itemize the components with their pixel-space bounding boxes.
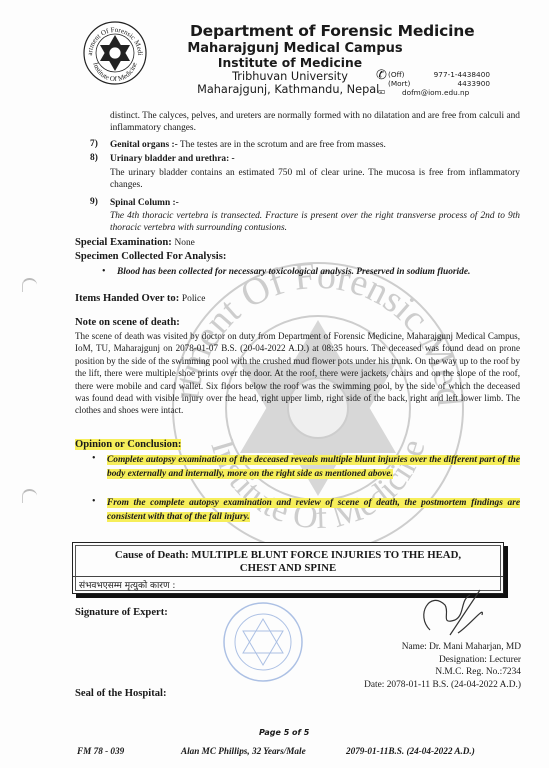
department-name: Department of Forensic Medicine bbox=[190, 22, 420, 40]
item-number: 8) bbox=[90, 153, 98, 163]
cause-text: MULTIPLE BLUNT FORCE INJURIES TO THE HEA… bbox=[191, 549, 461, 561]
urinary-bladder-text: The urinary bladder contains an estimate… bbox=[110, 167, 520, 192]
cause-of-death-line1: Cause of Death: MULTIPLE BLUNT FORCE INJ… bbox=[73, 549, 503, 561]
item-title: Urinary bladder and urethra: - bbox=[110, 154, 235, 164]
phone-icon: ✆ bbox=[376, 71, 387, 80]
hospital-stamp-icon bbox=[222, 601, 304, 683]
highlighted-text: From the complete autopsy examination an… bbox=[107, 498, 520, 522]
expert-designation: Designation: Lecturer bbox=[364, 654, 521, 667]
opinion-bullet: From the complete autopsy examination an… bbox=[107, 496, 520, 524]
document-page: Department Of Forensic Medicine Institut… bbox=[0, 0, 549, 768]
highlighted-text: Complete autopsy examination of the dece… bbox=[107, 455, 520, 479]
patient-info: Alan MC Phillips, 32 Years/Male bbox=[181, 746, 306, 756]
section-label: Special Examination: bbox=[75, 237, 172, 248]
expert-name: Name: Dr. Mani Maharjan, MD bbox=[364, 641, 521, 654]
bullet-icon: • bbox=[102, 266, 106, 277]
section-value: Police bbox=[182, 294, 205, 304]
items-handed-over: Items Handed Over to: Police bbox=[75, 293, 205, 304]
item-title: Genital organs :- bbox=[110, 140, 178, 150]
email: dofm@iom.edu.np bbox=[402, 88, 469, 97]
specimen-bullet: Blood has been collected for necessary t… bbox=[117, 266, 520, 278]
section-value: None bbox=[174, 238, 194, 248]
seal-label: Seal of the Hospital: bbox=[75, 688, 167, 699]
expert-reg-no: N.M.C. Reg. No.:7234 bbox=[364, 666, 521, 679]
contact-info: ✆ ▭ (Off)977-1-4438400 (Mort)4433900 dof… bbox=[388, 70, 490, 97]
footer-date: 2079-01-11B.S. (24-04-2022 A.D.) bbox=[346, 746, 475, 756]
opinion-heading: Opinion or Conclusion: bbox=[75, 439, 181, 450]
nepali-cause-label: संभवभएसम्म मृत्युको कारण : bbox=[79, 578, 175, 591]
signature-label: Signature of Expert: bbox=[75, 607, 168, 618]
office-phone-label: (Off) bbox=[388, 70, 428, 79]
punch-hole bbox=[22, 278, 37, 292]
cause-of-death-line2: CHEST AND SPINE bbox=[73, 562, 503, 574]
mortuary-phone-label: (Mort) bbox=[388, 79, 428, 88]
spinal-column-title: Spinal Column :- bbox=[110, 197, 520, 209]
mortuary-phone: 4433900 bbox=[428, 79, 490, 88]
scene-heading: Note on scene of death: bbox=[75, 317, 180, 328]
office-phone: 977-1-4438400 bbox=[428, 70, 490, 79]
opinion-bullet: Complete autopsy examination of the dece… bbox=[107, 453, 520, 481]
urinary-bladder-title: Urinary bladder and urethra: - bbox=[110, 153, 520, 165]
cause-label: Cause of Death: bbox=[115, 549, 189, 561]
genital-organs-item: Genital organs :- The testes are in the … bbox=[110, 139, 520, 151]
kidney-text: distinct. The calyces, pelves, and urete… bbox=[110, 110, 520, 135]
case-number: FM 78 - 039 bbox=[77, 746, 124, 756]
section-label: Items Handed Over to: bbox=[75, 293, 179, 304]
letterhead: Department of Forensic Medicine Maharajg… bbox=[150, 22, 420, 96]
expert-details: Name: Dr. Mani Maharjan, MD Designation:… bbox=[364, 641, 521, 691]
bullet-icon: • bbox=[92, 453, 96, 464]
expert-date: Date: 2078-01-11 B.S. (24-04-2022 A.D.) bbox=[364, 679, 521, 692]
page-number: Page 5 of 5 bbox=[259, 728, 309, 737]
item-title: Spinal Column :- bbox=[110, 198, 179, 208]
item-text: The testes are in the scrotum and are fr… bbox=[180, 140, 386, 150]
bullet-icon: • bbox=[92, 496, 96, 507]
specimen-heading: Specimen Collected For Analysis: bbox=[75, 251, 226, 262]
department-logo-icon: Department Of Forensic Medicine Institut… bbox=[83, 21, 147, 85]
signature-icon bbox=[410, 585, 490, 645]
special-examination: Special Examination: None bbox=[75, 237, 195, 248]
spinal-column-text: The 4th thoracic vertebra is transected.… bbox=[110, 210, 520, 235]
item-number: 7) bbox=[90, 139, 98, 149]
campus-name: Maharajgunj Medical Campus bbox=[170, 41, 420, 56]
section-label: Opinion or Conclusion: bbox=[75, 439, 181, 450]
item-number: 9) bbox=[90, 197, 98, 207]
computer-icon: ▭ bbox=[378, 87, 386, 96]
punch-hole bbox=[22, 489, 37, 503]
scene-text: The scene of death was visited by doctor… bbox=[75, 330, 520, 417]
